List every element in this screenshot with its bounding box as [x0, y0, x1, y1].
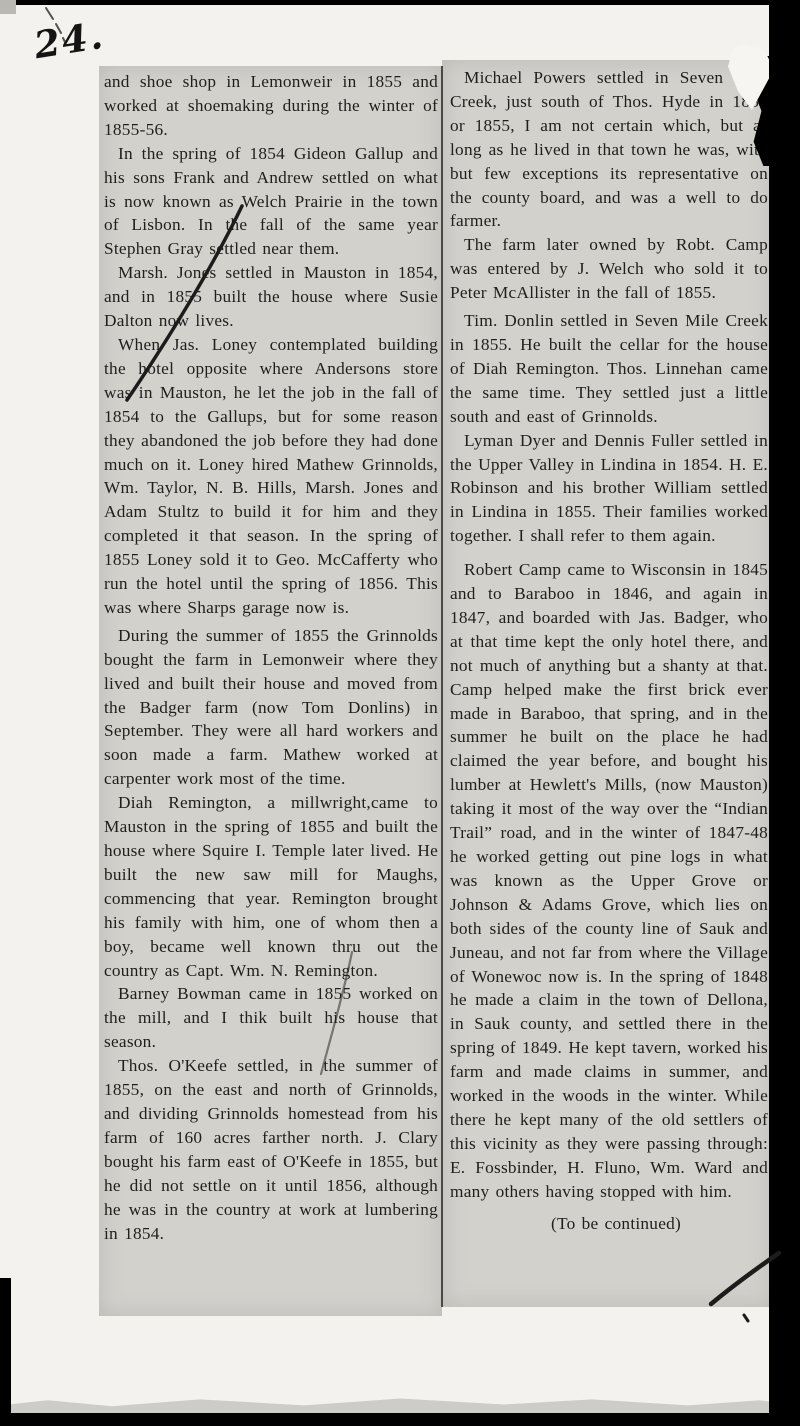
left-column: and shoe shop in Lemonweir in 1855 and w…: [104, 70, 438, 1312]
paragraph-left-3: When Jas. Loney contemplated building th…: [104, 333, 438, 620]
pen-tick-bottom-right: [744, 1315, 748, 1321]
paragraph-right-0: Michael Powers settled in Seven Mile Cre…: [450, 66, 768, 233]
paragraph-right-1: The farm later owned by Robt. Camp was e…: [450, 233, 768, 305]
to-be-continued-note: (To be continued): [450, 1212, 768, 1236]
paragraph-left-7: Thos. O'Keefe settled, in the summer of …: [104, 1054, 438, 1245]
right-column: Michael Powers settled in Seven Mile Cre…: [450, 66, 768, 1304]
bottom-scuff-strip: [0, 1396, 800, 1413]
scan-edge-bottom: [0, 1413, 800, 1426]
scan-edge-right: [769, 0, 800, 1426]
scanned-page: and shoe shop in Lemonweir in 1855 and w…: [0, 0, 800, 1426]
paragraph-right-2: Tim. Donlin settled in Seven Mile Creek …: [450, 309, 768, 429]
paragraph-left-1: In the spring of 1854 Gideon Gallup and …: [104, 142, 438, 262]
scan-edge-left-bottom: [0, 1278, 11, 1426]
scan-edge-top: [0, 0, 800, 5]
column-divider-rule: [441, 66, 443, 1307]
handwritten-page-number: 24.: [31, 13, 107, 67]
paragraph-right-3: Lyman Dyer and Dennis Fuller settled in …: [450, 429, 768, 549]
paragraph-left-4: During the summer of 1855 the Grinnolds …: [104, 624, 438, 791]
paragraph-left-6: Barney Bowman came in 1855 worked on the…: [104, 982, 438, 1054]
scan-corner-speckle: [0, 0, 16, 14]
paragraph-left-2: Marsh. Jones settled in Mauston in 1854,…: [104, 261, 438, 333]
paragraph-left-5: Diah Remington, a millwright,came to Mau…: [104, 791, 438, 982]
paragraph-right-4: Robert Camp came to Wisconsin in 1845 an…: [450, 558, 768, 1203]
paragraph-left-0: and shoe shop in Lemonweir in 1855 and w…: [104, 70, 438, 142]
